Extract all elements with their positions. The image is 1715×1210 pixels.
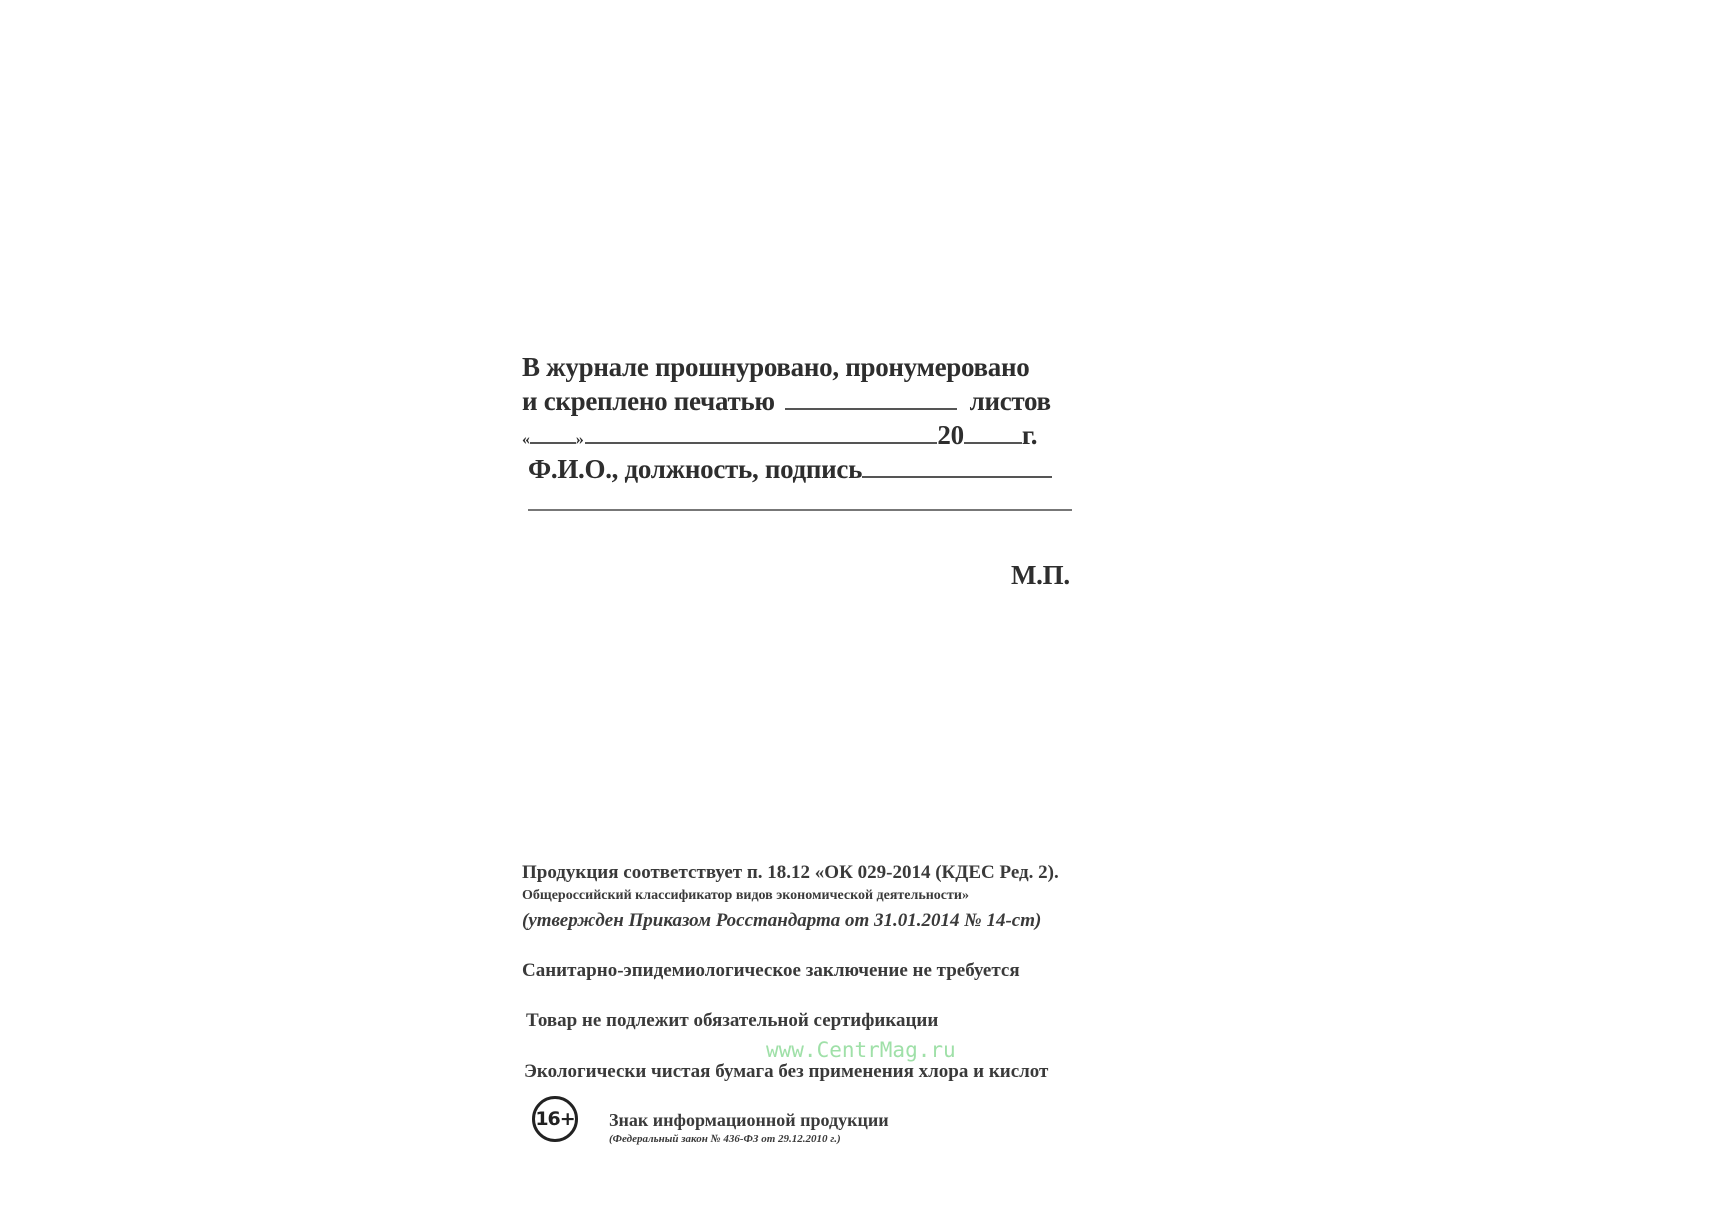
compliance-line-1: Продукция соответствует п. 18.12 «ОК 029… — [522, 862, 1059, 884]
signature-blank — [862, 454, 1052, 478]
date-line: «»20г. — [522, 420, 1037, 451]
age-rating-label: 16+ — [535, 1108, 574, 1130]
federal-law-reference: (Федеральный закон № 436-ФЗ от 29.12.201… — [609, 1133, 841, 1145]
journal-statement-line-2: и скреплено печатью листов — [522, 386, 1051, 417]
day-blank — [530, 420, 576, 444]
signature-line: Ф.И.О., должность, подпись — [528, 454, 1052, 485]
eco-paper-notice: Экологически чистая бумага без применени… — [524, 1061, 1048, 1083]
signature-label: Ф.И.О., должность, подпись — [528, 454, 862, 484]
sheets-label: листов — [970, 386, 1051, 416]
compliance-line-3: (утвержден Приказом Росстандарта от 31.0… — [522, 910, 1041, 932]
info-product-sign-label: Знак информационной продукции — [609, 1110, 889, 1131]
age-rating-16-icon: 16+ — [532, 1096, 578, 1142]
year-blank — [964, 420, 1022, 444]
month-blank — [585, 420, 937, 444]
sanitary-notice: Санитарно-эпидемиологическое заключение … — [522, 960, 1020, 982]
close-quote: » — [576, 431, 584, 448]
journal-statement-line-1: В журнале прошнуровано, пронумеровано — [522, 352, 1029, 383]
compliance-line-2: Общероссийский классификатор видов эконо… — [522, 888, 969, 904]
watermark: www.CentrMag.ru — [766, 1038, 956, 1062]
signature-continuation-line — [528, 509, 1072, 511]
year-suffix: г. — [1022, 420, 1037, 450]
sealed-label: и скреплено печатью — [522, 386, 775, 416]
certification-notice: Товар не подлежит обязательной сертифика… — [526, 1010, 938, 1032]
stamp-place-label: М.П. — [1011, 560, 1070, 591]
open-quote: « — [522, 431, 530, 448]
year-prefix: 20 — [937, 420, 963, 450]
sheet-count-blank — [785, 386, 957, 410]
